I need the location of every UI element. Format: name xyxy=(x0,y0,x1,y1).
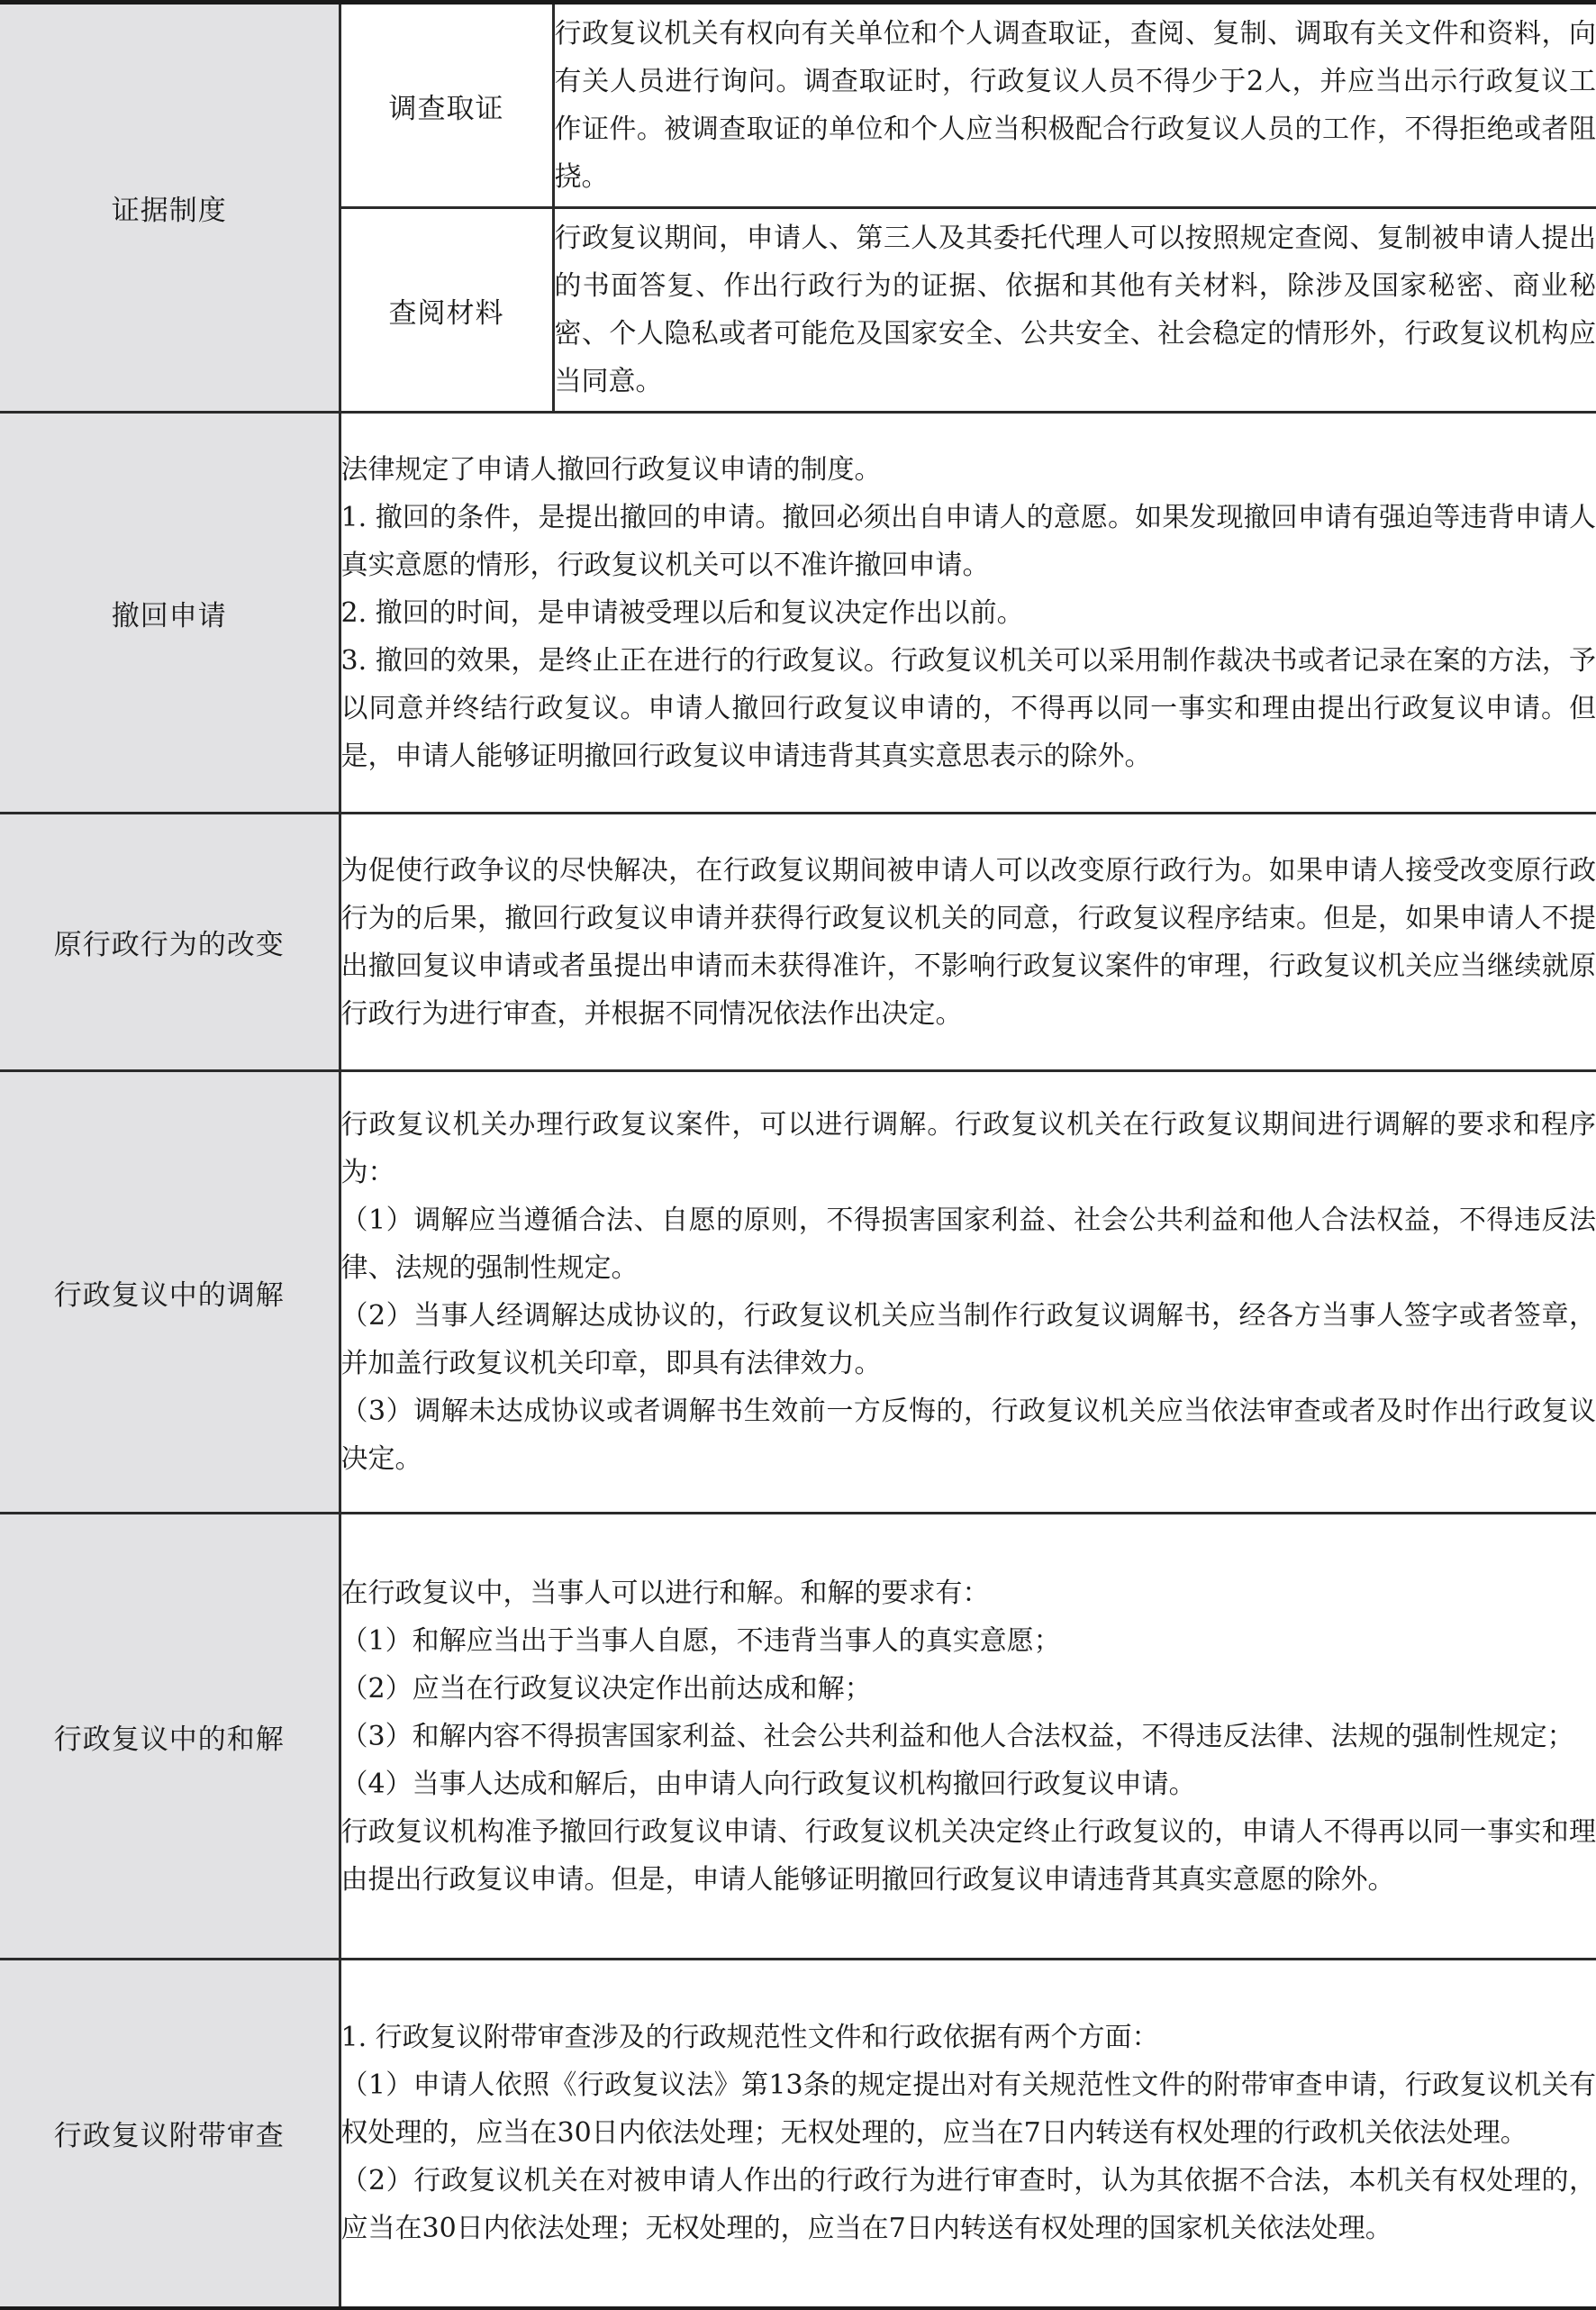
table-row-settlement: 行政复议中的和解 在行政复议中，当事人可以进行和解。和解的要求有： （1）和解应… xyxy=(0,1514,1596,1960)
row-heading-evidence-system: 证据制度 xyxy=(0,3,340,413)
subrow-label-investigation: 调查取证 xyxy=(340,3,553,208)
paragraph: 2. 撤回的时间，是申请被受理以后和复议决定作出以前。 xyxy=(341,589,1596,637)
paragraph: 法律规定了申请人撤回行政复议申请的制度。 xyxy=(341,446,1596,494)
paragraph: （4）当事人达成和解后，由申请人向行政复议机构撤回行政复议申请。 xyxy=(341,1760,1596,1808)
cell-withdraw-application-content: 法律规定了申请人撤回行政复议申请的制度。 1. 撤回的条件，是提出撤回的申请。撤… xyxy=(340,413,1596,814)
row-heading-change-original-act: 原行政行为的改变 xyxy=(0,814,340,1071)
paragraph: 行政复议期间，申请人、第三人及其委托代理人可以按照规定查阅、复制被申请人提出的书… xyxy=(555,214,1596,405)
table-row-change-original-act: 原行政行为的改变 为促使行政争议的尽快解决，在行政复议期间被申请人可以改变原行政… xyxy=(0,814,1596,1071)
row-heading-withdraw-application: 撤回申请 xyxy=(0,413,340,814)
paragraph: （3）调解未达成协议或者调解书生效前一方反悔的，行政复议机关应当依法审查或者及时… xyxy=(341,1387,1596,1483)
cell-mediation-content: 行政复议机关办理行政复议案件，可以进行调解。行政复议机关在行政复议期间进行调解的… xyxy=(340,1071,1596,1514)
paragraph: （1）申请人依照《行政复议法》第13条的规定提出对有关规范性文件的附带审查申请，… xyxy=(341,2061,1596,2157)
cell-review-materials-content: 行政复议期间，申请人、第三人及其委托代理人可以按照规定查阅、复制被申请人提出的书… xyxy=(553,208,1596,413)
paragraph: （2）应当在行政复议决定作出前达成和解； xyxy=(341,1665,1596,1713)
paragraph: 1. 撤回的条件，是提出撤回的申请。撤回必须出自申请人的意愿。如果发现撤回申请有… xyxy=(341,494,1596,589)
cell-change-original-act-content: 为促使行政争议的尽快解决，在行政复议期间被申请人可以改变原行政行为。如果申请人接… xyxy=(340,814,1596,1071)
table-row-incidental-review: 行政复议附带审查 1. 行政复议附带审查涉及的行政规范性文件和行政依据有两个方面… xyxy=(0,1960,1596,2309)
table-row-mediation: 行政复议中的调解 行政复议机关办理行政复议案件，可以进行调解。行政复议机关在行政… xyxy=(0,1071,1596,1514)
cell-incidental-review-content: 1. 行政复议附带审查涉及的行政规范性文件和行政依据有两个方面： （1）申请人依… xyxy=(340,1960,1596,2309)
paragraph: （1）和解应当出于当事人自愿，不违背当事人的真实意愿； xyxy=(341,1617,1596,1665)
administrative-review-table: 证据制度 调查取证 行政复议机关有权向有关单位和个人调查取证，查阅、复制、调取有… xyxy=(0,0,1596,2310)
row-heading-mediation: 行政复议中的调解 xyxy=(0,1071,340,1514)
paragraph: 行政复议机构准予撤回行政复议申请、行政复议机关决定终止行政复议的，申请人不得再以… xyxy=(341,1808,1596,1904)
table-row-withdraw-application: 撤回申请 法律规定了申请人撤回行政复议申请的制度。 1. 撤回的条件，是提出撤回… xyxy=(0,413,1596,814)
paragraph: （2）行政复议机关在对被申请人作出的行政行为进行审查时，认为其依据不合法，本机关… xyxy=(341,2157,1596,2252)
paragraph: 行政复议机关办理行政复议案件，可以进行调解。行政复议机关在行政复议期间进行调解的… xyxy=(341,1101,1596,1196)
row-heading-settlement: 行政复议中的和解 xyxy=(0,1514,340,1960)
paragraph: 为促使行政争议的尽快解决，在行政复议期间被申请人可以改变原行政行为。如果申请人接… xyxy=(341,847,1596,1038)
paragraph: 3. 撤回的效果，是终止正在进行的行政复议。行政复议机关可以采用制作裁决书或者记… xyxy=(341,637,1596,780)
row-heading-incidental-review: 行政复议附带审查 xyxy=(0,1960,340,2309)
paragraph: （1）调解应当遵循合法、自愿的原则，不得损害国家利益、社会公共利益和他人合法权益… xyxy=(341,1196,1596,1292)
paragraph: 行政复议机关有权向有关单位和个人调查取证，查阅、复制、调取有关文件和资料，向有关… xyxy=(555,10,1596,201)
cell-investigation-content: 行政复议机关有权向有关单位和个人调查取证，查阅、复制、调取有关文件和资料，向有关… xyxy=(553,3,1596,208)
paragraph: （2）当事人经调解达成协议的，行政复议机关应当制作行政复议调解书，经各方当事人签… xyxy=(341,1292,1596,1387)
paragraph: 在行政复议中，当事人可以进行和解。和解的要求有： xyxy=(341,1569,1596,1617)
cell-settlement-content: 在行政复议中，当事人可以进行和解。和解的要求有： （1）和解应当出于当事人自愿，… xyxy=(340,1514,1596,1960)
table-row-evidence-investigation: 证据制度 调查取证 行政复议机关有权向有关单位和个人调查取证，查阅、复制、调取有… xyxy=(0,3,1596,208)
paragraph: （3）和解内容不得损害国家利益、社会公共利益和他人合法权益，不得违反法律、法规的… xyxy=(341,1713,1596,1760)
paragraph: 1. 行政复议附带审查涉及的行政规范性文件和行政依据有两个方面： xyxy=(341,2014,1596,2061)
subrow-label-review-materials: 查阅材料 xyxy=(340,208,553,413)
